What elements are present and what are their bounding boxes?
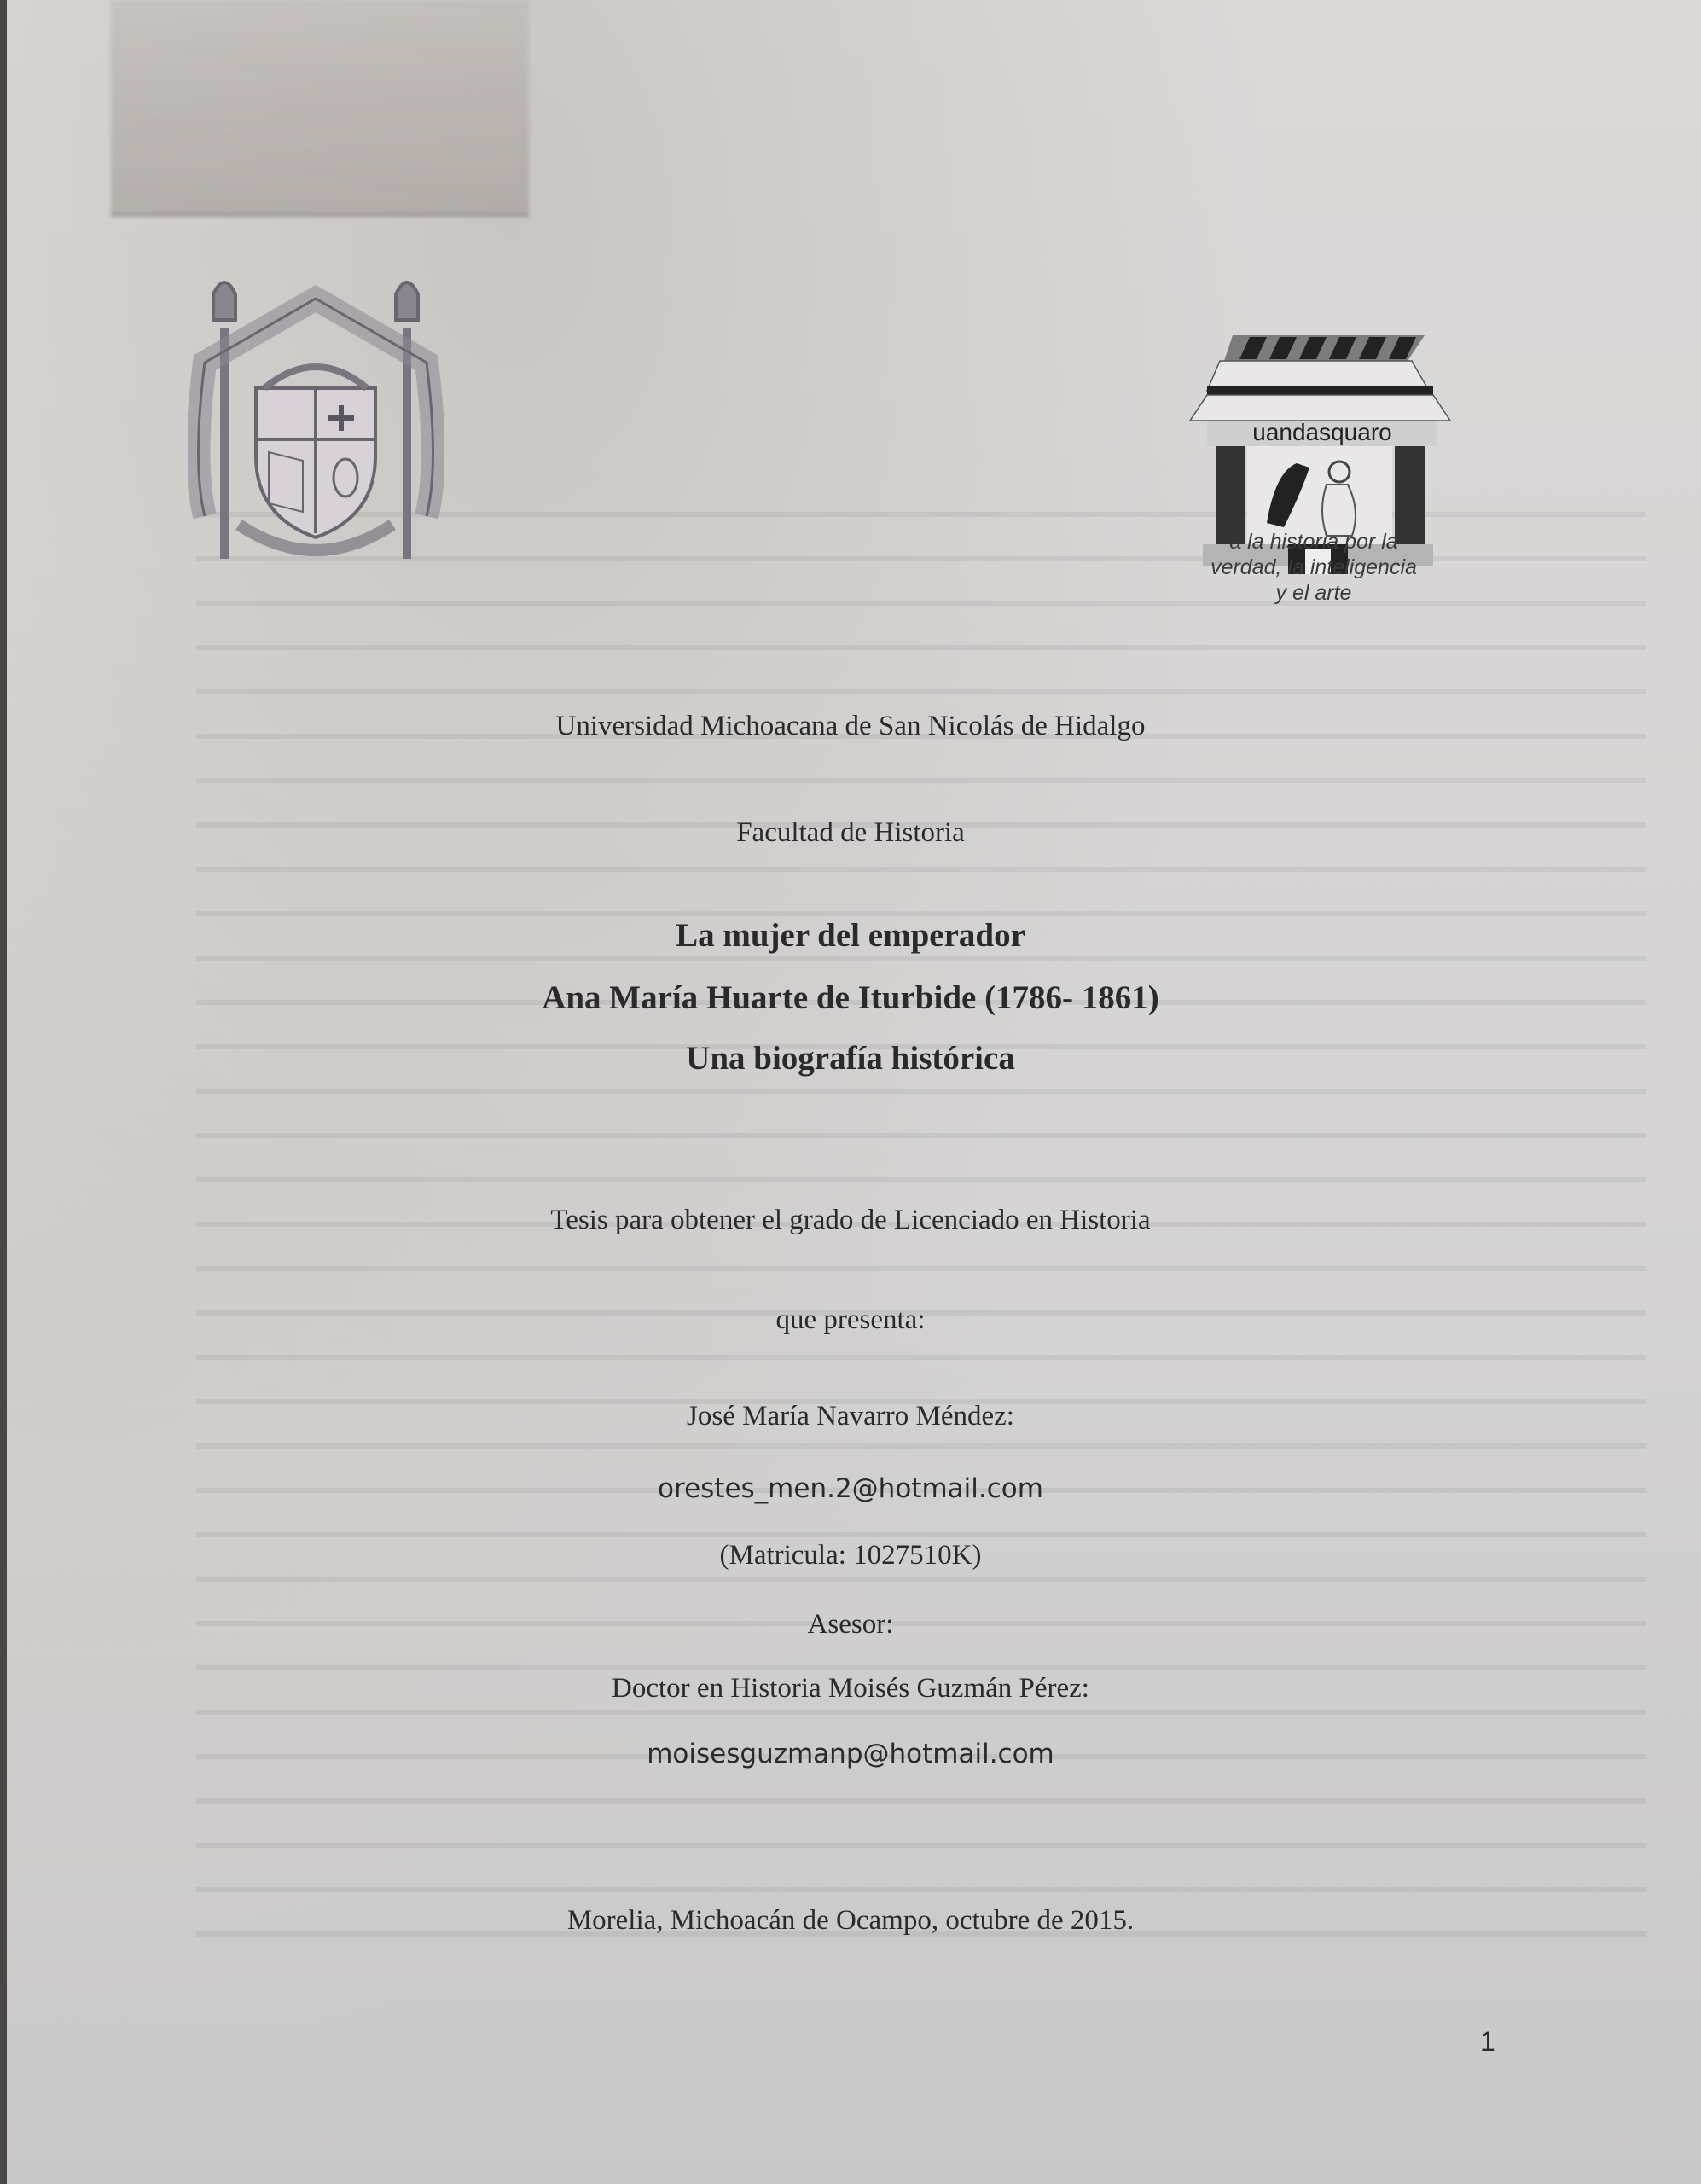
author-email: orestes_men.2@hotmail.com (0, 1473, 1701, 1504)
thesis-subtitle-2: Una biografía histórica (0, 1039, 1701, 1077)
document-page: uandasquaro a la historia por la verdad,… (0, 0, 1701, 2184)
page-number: 1 (1480, 2026, 1495, 2058)
university-name: Universidad Michoacana de San Nicolás de… (0, 711, 1701, 742)
place-date: Morelia, Michoacán de Ocampo, octubre de… (0, 1905, 1701, 1937)
author-name: José María Navarro Méndez: (0, 1401, 1701, 1432)
logo-motto: a la historia por la verdad, la intelige… (1169, 529, 1459, 606)
thesis-title: La mujer del emperador (0, 916, 1701, 955)
thesis-subtitle: Ana María Huarte de Iturbide (1786- 1861… (0, 979, 1701, 1017)
folded-paper-shadow (111, 0, 529, 217)
svg-text:uandasquaro: uandasquaro (1252, 419, 1391, 445)
university-seal-icon (188, 269, 444, 559)
advisor-label: Asesor: (0, 1609, 1701, 1641)
advisor-email: moisesguzmanp@hotmail.com (0, 1739, 1701, 1769)
faculty-name: Facultad de Historia (0, 817, 1701, 849)
advisor-name: Doctor en Historia Moisés Guzmán Pérez: (0, 1673, 1701, 1705)
presents-label: que presenta: (0, 1304, 1701, 1336)
page-edge (0, 0, 7, 2184)
degree-statement: Tesis para obtener el grado de Licenciad… (0, 1205, 1701, 1236)
student-id: (Matricula: 1027510K) (0, 1540, 1701, 1571)
